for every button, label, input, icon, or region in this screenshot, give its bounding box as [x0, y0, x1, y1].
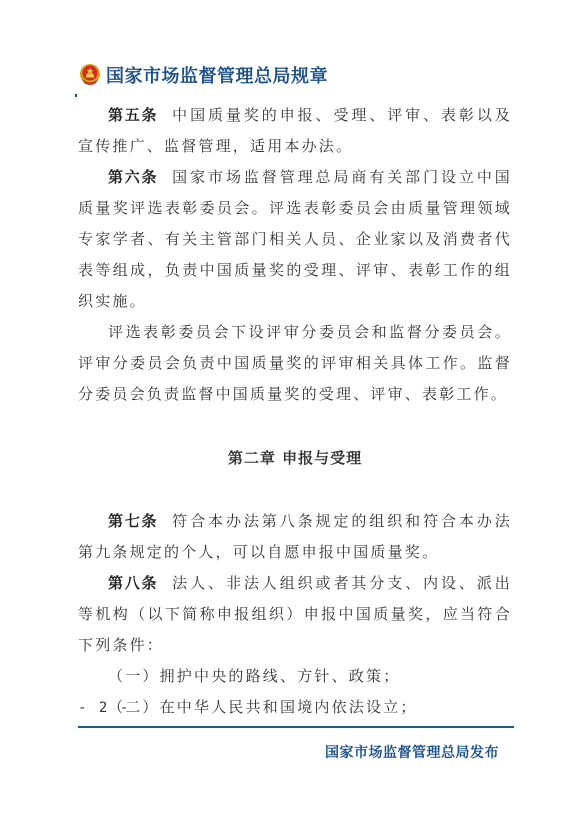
- article-label: 第六条: [108, 168, 158, 186]
- national-emblem-icon: [78, 63, 102, 87]
- footer-divider: [78, 726, 514, 728]
- document-body: 第五条中国质量奖的申报、受理、评审、表彰以及宣传推广、监督管理，适用本办法。 第…: [78, 100, 512, 723]
- chapter-heading: 第二章 申报与受理: [78, 410, 512, 506]
- article-text: 国家市场监督管理总局商有关部门设立中国质量奖评选表彰委员会。评选表彰委员会由质量…: [78, 168, 512, 310]
- page-number: - 2 -: [78, 700, 130, 716]
- article-6: 第六条国家市场监督管理总局商有关部门设立中国质量奖评选表彰委员会。评选表彰委员会…: [78, 162, 512, 317]
- article-label: 第七条: [108, 512, 158, 530]
- article-6-paragraph-2: 评选表彰委员会下设评审分委员会和监督分委员会。评审分委员会负责中国质量奖的评审相…: [78, 317, 512, 410]
- document-header: 国家市场监督管理总局规章: [78, 62, 328, 88]
- header-divider-mark: [75, 94, 77, 97]
- article-5: 第五条中国质量奖的申报、受理、评审、表彰以及宣传推广、监督管理，适用本办法。: [78, 100, 512, 162]
- condition-item: （一）拥护中央的路线、方针、政策；: [78, 661, 512, 692]
- condition-item: （二）在中华人民共和国境内依法设立；: [78, 692, 512, 723]
- article-7: 第七条符合本办法第八条规定的组织和符合本办法第九条规定的个人，可以自愿申报中国质…: [78, 506, 512, 568]
- article-text: 评选表彰委员会下设评审分委员会和监督分委员会。评审分委员会负责中国质量奖的评审相…: [78, 323, 512, 403]
- footer-publisher: 国家市场监督管理总局发布: [325, 742, 499, 762]
- article-label: 第五条: [108, 106, 158, 124]
- article-8: 第八条法人、非法人组织或者其分支、内设、派出等机构（以下简称申报组织）申报中国质…: [78, 568, 512, 661]
- article-label: 第八条: [108, 574, 158, 592]
- header-title: 国家市场监督管理总局规章: [106, 62, 328, 88]
